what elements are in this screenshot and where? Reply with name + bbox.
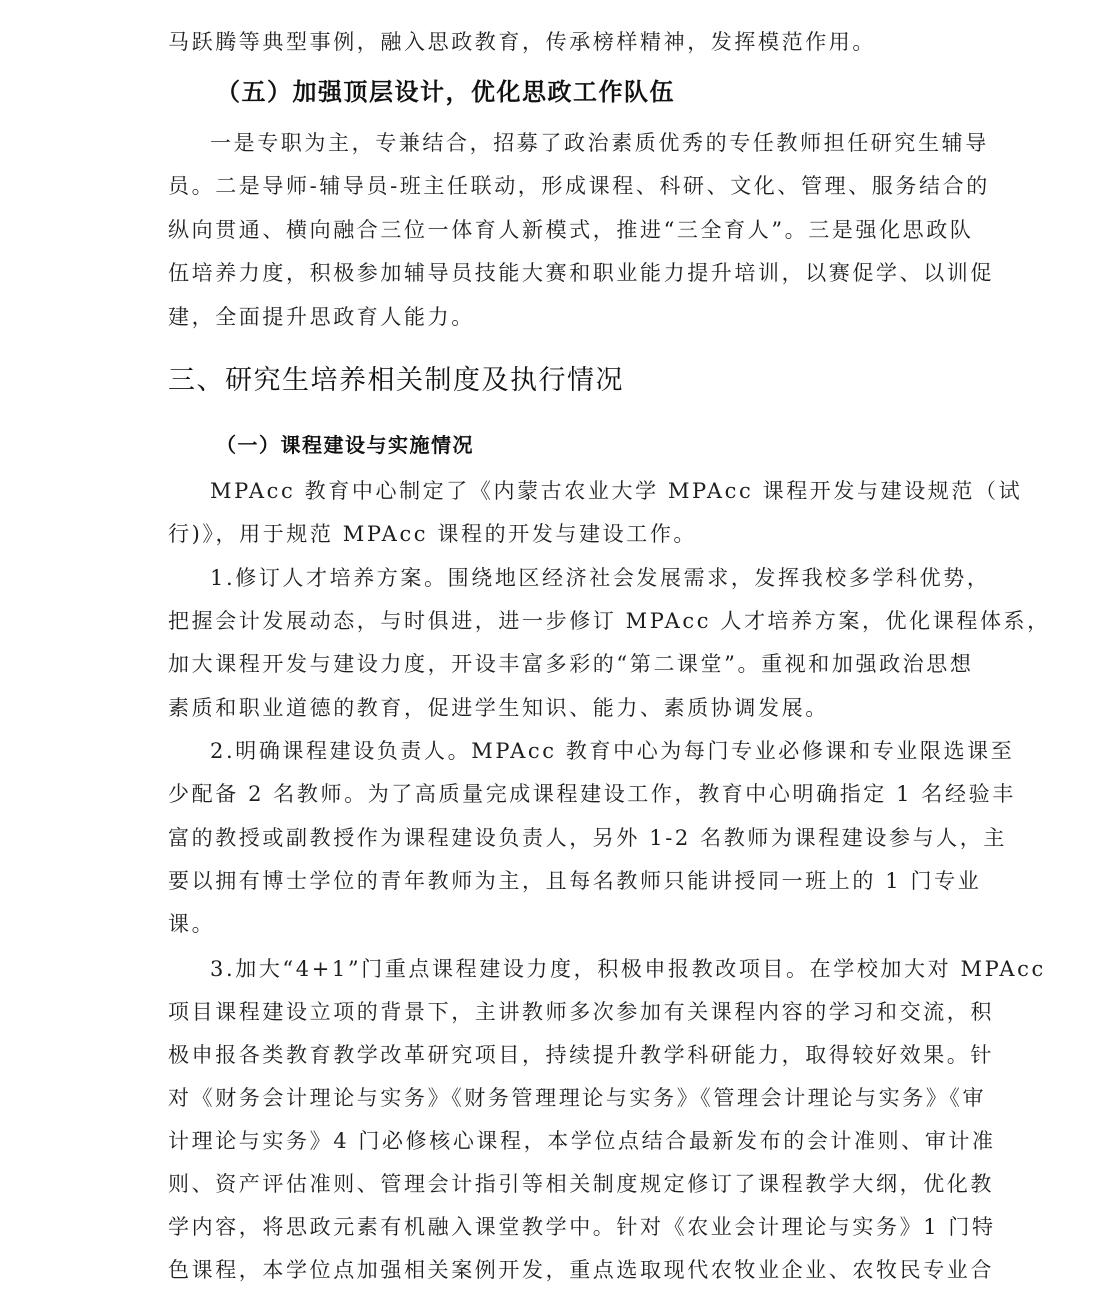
list-item-3-line: 色课程，本学位点加强相关案例开发，重点选取现代农牧业企业、农牧民专业合 (168, 1256, 938, 1284)
paragraph-line: 建，全面提升思政育人能力。 (168, 303, 938, 331)
list-item-2-line: 富的教授或副教授作为课程建设负责人，另外 1-2 名教师为课程建设参与人，主 (168, 824, 938, 852)
list-item-1-line: 素质和职业道德的教育，促进学生知识、能力、素质协调发展。 (168, 694, 938, 722)
list-item-3-line: 计理论与实务》4 门必修核心课程，本学位点结合最新发布的会计准则、审计准 (168, 1127, 938, 1155)
list-item-1-line: 1.修订人才培养方案。围绕地区经济社会发展需求，发挥我校多学科优势， (210, 564, 938, 592)
list-item-1-line: 加大课程开发与建设力度，开设丰富多彩的“第二课堂”。重视和加强政治思想 (168, 650, 938, 678)
list-item-3-line: 则、资产评估准则、管理会计指引等相关制度规定修订了课程教学大纲，优化教 (168, 1170, 938, 1198)
chapter-heading-3: 三、研究生培养相关制度及执行情况 (168, 364, 624, 398)
paragraph-line: 纵向贯通、横向融合三位一体育人新模式，推进“三全育人”。三是强化思政队 (168, 216, 938, 244)
list-item-2-line: 要以拥有博士学位的青年教师为主，且每名教师只能讲授同一班上的 1 门专业 (168, 867, 938, 895)
list-item-3-line: 项目课程建设立项的背景下，主讲教师多次参加有关课程内容的学习和交流，积 (168, 998, 938, 1026)
list-item-3-line: 3.加大“4+1”门重点课程建设力度，积极申报教改项目。在学校加大对 MPAcc (210, 955, 938, 983)
list-item-1-line: 把握会计发展动态，与时俱进，进一步修订 MPAcc 人才培养方案，优化课程体系， (168, 607, 938, 635)
list-item-3-line: 学内容，将思政元素有机融入课堂教学中。针对《农业会计理论与实务》1 门特 (168, 1213, 938, 1241)
paragraph-line: 行)》，用于规范 MPAcc 课程的开发与建设工作。 (168, 520, 938, 548)
list-item-3-line: 对《财务会计理论与实务》《财务管理理论与实务》《管理会计理论与实务》《审 (168, 1084, 938, 1112)
subsection-heading-1: （一）课程建设与实施情况 (216, 431, 474, 459)
paragraph-line: 一是专职为主，专兼结合，招募了政治素质优秀的专任教师担任研究生辅导 (210, 129, 938, 157)
section-heading-5: （五）加强顶层设计，优化思政工作队伍 (216, 77, 675, 107)
paragraph-line: MPAcc 教育中心制定了《内蒙古农业大学 MPAcc 课程开发与建设规范（试 (210, 477, 938, 505)
list-item-2-line: 少配备 2 名教师。为了高质量完成课程建设工作，教育中心明确指定 1 名经验丰 (168, 780, 938, 808)
paragraph-line: 员。二是导师-辅导员-班主任联动，形成课程、科研、文化、管理、服务结合的 (168, 172, 938, 200)
paragraph-line: 马跃腾等典型事例，融入思政教育，传承榜样精神，发挥模范作用。 (168, 28, 938, 56)
list-item-3-line: 极申报各类教育教学改革研究项目，持续提升教学科研能力，取得较好效果。针 (168, 1041, 938, 1069)
document-page: 马跃腾等典型事例，融入思政教育，传承榜样精神，发挥模范作用。 （五）加强顶层设计… (0, 0, 1102, 1293)
list-item-2-line: 课。 (168, 910, 938, 938)
paragraph-line: 伍培养力度，积极参加辅导员技能大赛和职业能力提升培训，以赛促学、以训促 (168, 259, 938, 287)
list-item-2-line: 2.明确课程建设负责人。MPAcc 教育中心为每门专业必修课和专业限选课至 (210, 737, 938, 765)
